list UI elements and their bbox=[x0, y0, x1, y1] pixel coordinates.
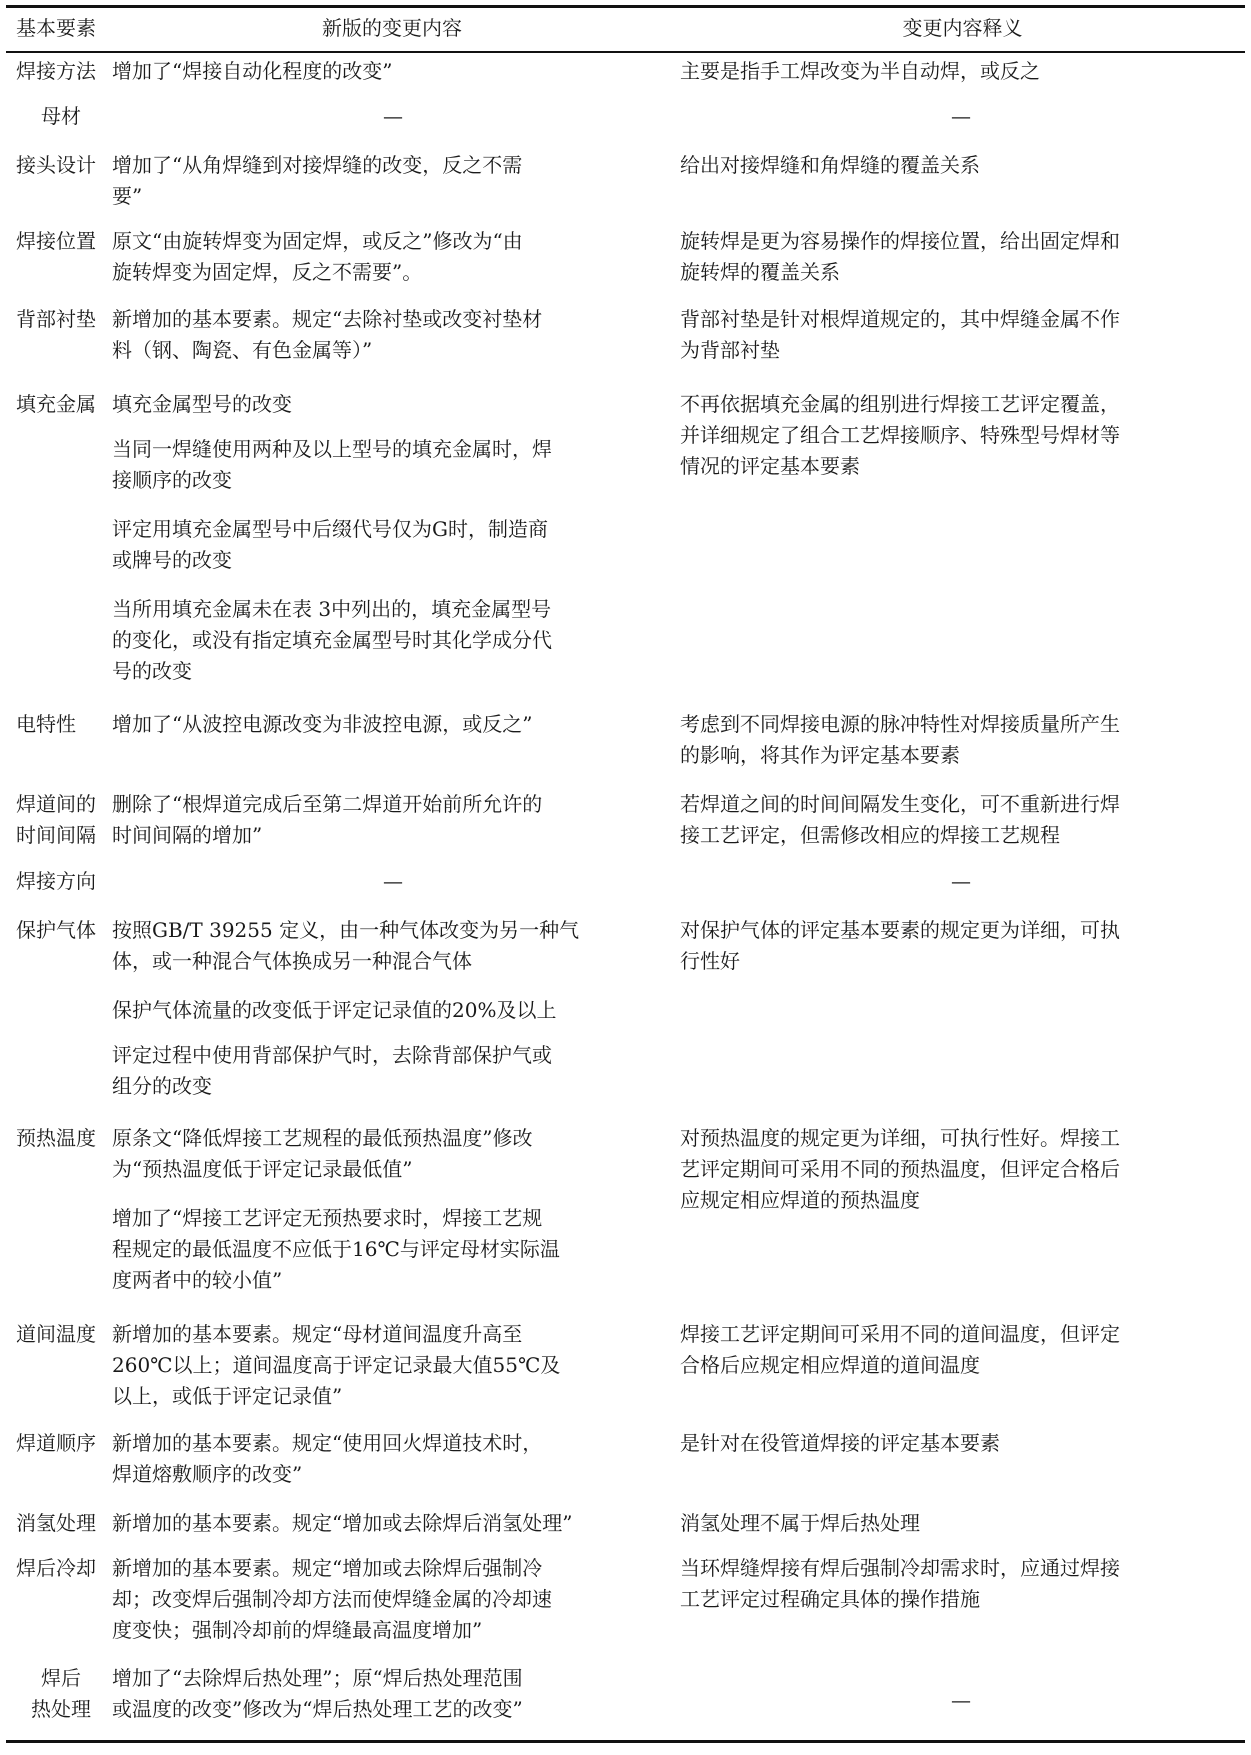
table-header-rule bbox=[6, 51, 1245, 53]
row-explanation: 对预热温度的规定更为详细，可执行性好。焊接工 艺评定期间可采用不同的预热温度，但… bbox=[680, 1123, 1242, 1216]
header-new-changes: 新版的变更内容 bbox=[112, 15, 672, 41]
row-change: 新增加的基本要素。规定“增加或去除焊后强制冷 却；改变焊后强制冷却方法而使焊缝金… bbox=[112, 1553, 674, 1646]
row-change: 增加了“从波控电源改变为非波控电源，或反之” bbox=[112, 709, 674, 740]
row-explanation: 消氢处理不属于焊后热处理 bbox=[680, 1508, 1242, 1539]
row-element: 保护气体 bbox=[16, 915, 106, 946]
row-element: 背部衬垫 bbox=[16, 304, 106, 335]
row-change: 增加了“焊接工艺评定无预热要求时，焊接工艺规 程规定的最低温度不应低于16℃与评… bbox=[112, 1203, 674, 1296]
row-change: 新增加的基本要素。规定“使用回火焊道技术时， 焊道熔敷顺序的改变” bbox=[112, 1428, 674, 1490]
table-top-rule bbox=[6, 5, 1245, 8]
row-element: 焊接方法 bbox=[16, 56, 106, 87]
row-explanation: 是针对在役管道焊接的评定基本要素 bbox=[680, 1428, 1242, 1459]
row-change: 增加了“从角焊缝到对接焊缝的改变，反之不需 要” bbox=[112, 150, 674, 212]
row-change: 填充金属型号的改变 bbox=[112, 389, 674, 420]
row-change-dash: — bbox=[112, 101, 674, 132]
row-change: 原文“由旋转焊变为固定焊，或反之”修改为“由 旋转焊变为固定焊，反之不需要”。 bbox=[112, 226, 674, 288]
row-change: 当同一焊缝使用两种及以上型号的填充金属时，焊 接顺序的改变 bbox=[112, 434, 674, 496]
row-change: 新增加的基本要素。规定“母材道间温度升高至 260℃以上；道间温度高于评定记录最… bbox=[112, 1319, 674, 1412]
row-element: 焊道顺序 bbox=[16, 1428, 106, 1459]
row-change: 保护气体流量的改变低于评定记录值的20%及以上 bbox=[112, 995, 674, 1026]
row-change: 新增加的基本要素。规定“增加或去除焊后消氢处理” bbox=[112, 1508, 674, 1539]
row-change: 删除了“根焊道完成后至第二焊道开始前所允许的 时间间隔的增加” bbox=[112, 789, 674, 851]
row-explanation-dash: — bbox=[680, 1685, 1242, 1716]
row-change: 评定用填充金属型号中后缀代号仅为G时，制造商 或牌号的改变 bbox=[112, 514, 674, 576]
row-change: 新增加的基本要素。规定“去除衬垫或改变衬垫材 料（钢、陶瓷、有色金属等）” bbox=[112, 304, 674, 366]
header-change-explanation: 变更内容释义 bbox=[680, 15, 1245, 41]
row-element: 焊接方向 bbox=[16, 866, 106, 897]
row-element: 焊后 热处理 bbox=[16, 1663, 106, 1725]
row-explanation: 当环焊缝焊接有焊后强制冷却需求时，应通过焊接 工艺评定过程确定具体的操作措施 bbox=[680, 1553, 1242, 1615]
row-explanation: 旋转焊是更为容易操作的焊接位置，给出固定焊和 旋转焊的覆盖关系 bbox=[680, 226, 1242, 288]
row-element: 焊后冷却 bbox=[16, 1553, 106, 1584]
row-element: 接头设计 bbox=[16, 150, 106, 181]
row-element: 焊道间的 时间间隔 bbox=[16, 789, 106, 851]
table-bottom-rule bbox=[6, 1740, 1245, 1743]
row-element: 填充金属 bbox=[16, 389, 106, 420]
row-element: 母材 bbox=[16, 101, 106, 132]
row-element: 焊接位置 bbox=[16, 226, 106, 257]
row-explanation-dash: — bbox=[680, 866, 1242, 897]
row-element: 预热温度 bbox=[16, 1123, 106, 1154]
row-change-dash: — bbox=[112, 866, 674, 897]
row-explanation: 考虑到不同焊接电源的脉冲特性对焊接质量所产生 的影响，将其作为评定基本要素 bbox=[680, 709, 1242, 771]
row-explanation-dash: — bbox=[680, 101, 1242, 132]
row-explanation: 焊接工艺评定期间可采用不同的道间温度，但评定 合格后应规定相应焊道的道间温度 bbox=[680, 1319, 1242, 1381]
row-explanation: 对保护气体的评定基本要素的规定更为详细，可执 行性好 bbox=[680, 915, 1242, 977]
row-explanation: 给出对接焊缝和角焊缝的覆盖关系 bbox=[680, 150, 1242, 181]
row-element: 电特性 bbox=[16, 709, 106, 740]
header-basic-element: 基本要素 bbox=[16, 15, 106, 41]
row-change: 增加了“去除焊后热处理”；原“焊后热处理范围 或温度的改变”修改为“焊后热处理工… bbox=[112, 1663, 674, 1725]
row-change: 按照GB/T 39255 定义，由一种气体改变为另一种气 体，或一种混合气体换成… bbox=[112, 915, 674, 977]
row-explanation: 不再依据填充金属的组别进行焊接工艺评定覆盖， 并详细规定了组合工艺焊接顺序、特殊… bbox=[680, 389, 1242, 482]
row-change: 评定过程中使用背部保护气时，去除背部保护气或 组分的改变 bbox=[112, 1040, 674, 1102]
row-change: 当所用填充金属未在表 3中列出的，填充金属型号 的变化，或没有指定填充金属型号时… bbox=[112, 594, 674, 687]
row-explanation: 背部衬垫是针对根焊道规定的，其中焊缝金属不作 为背部衬垫 bbox=[680, 304, 1242, 366]
row-explanation: 主要是指手工焊改变为半自动焊，或反之 bbox=[680, 56, 1242, 87]
row-change: 原条文“降低焊接工艺规程的最低预热温度”修改 为“预热温度低于评定记录最低值” bbox=[112, 1123, 674, 1185]
row-element: 消氢处理 bbox=[16, 1508, 106, 1539]
row-change: 增加了“焊接自动化程度的改变” bbox=[112, 56, 674, 87]
row-element: 道间温度 bbox=[16, 1319, 106, 1350]
row-explanation: 若焊道之间的时间间隔发生变化，可不重新进行焊 接工艺评定，但需修改相应的焊接工艺… bbox=[680, 789, 1242, 851]
